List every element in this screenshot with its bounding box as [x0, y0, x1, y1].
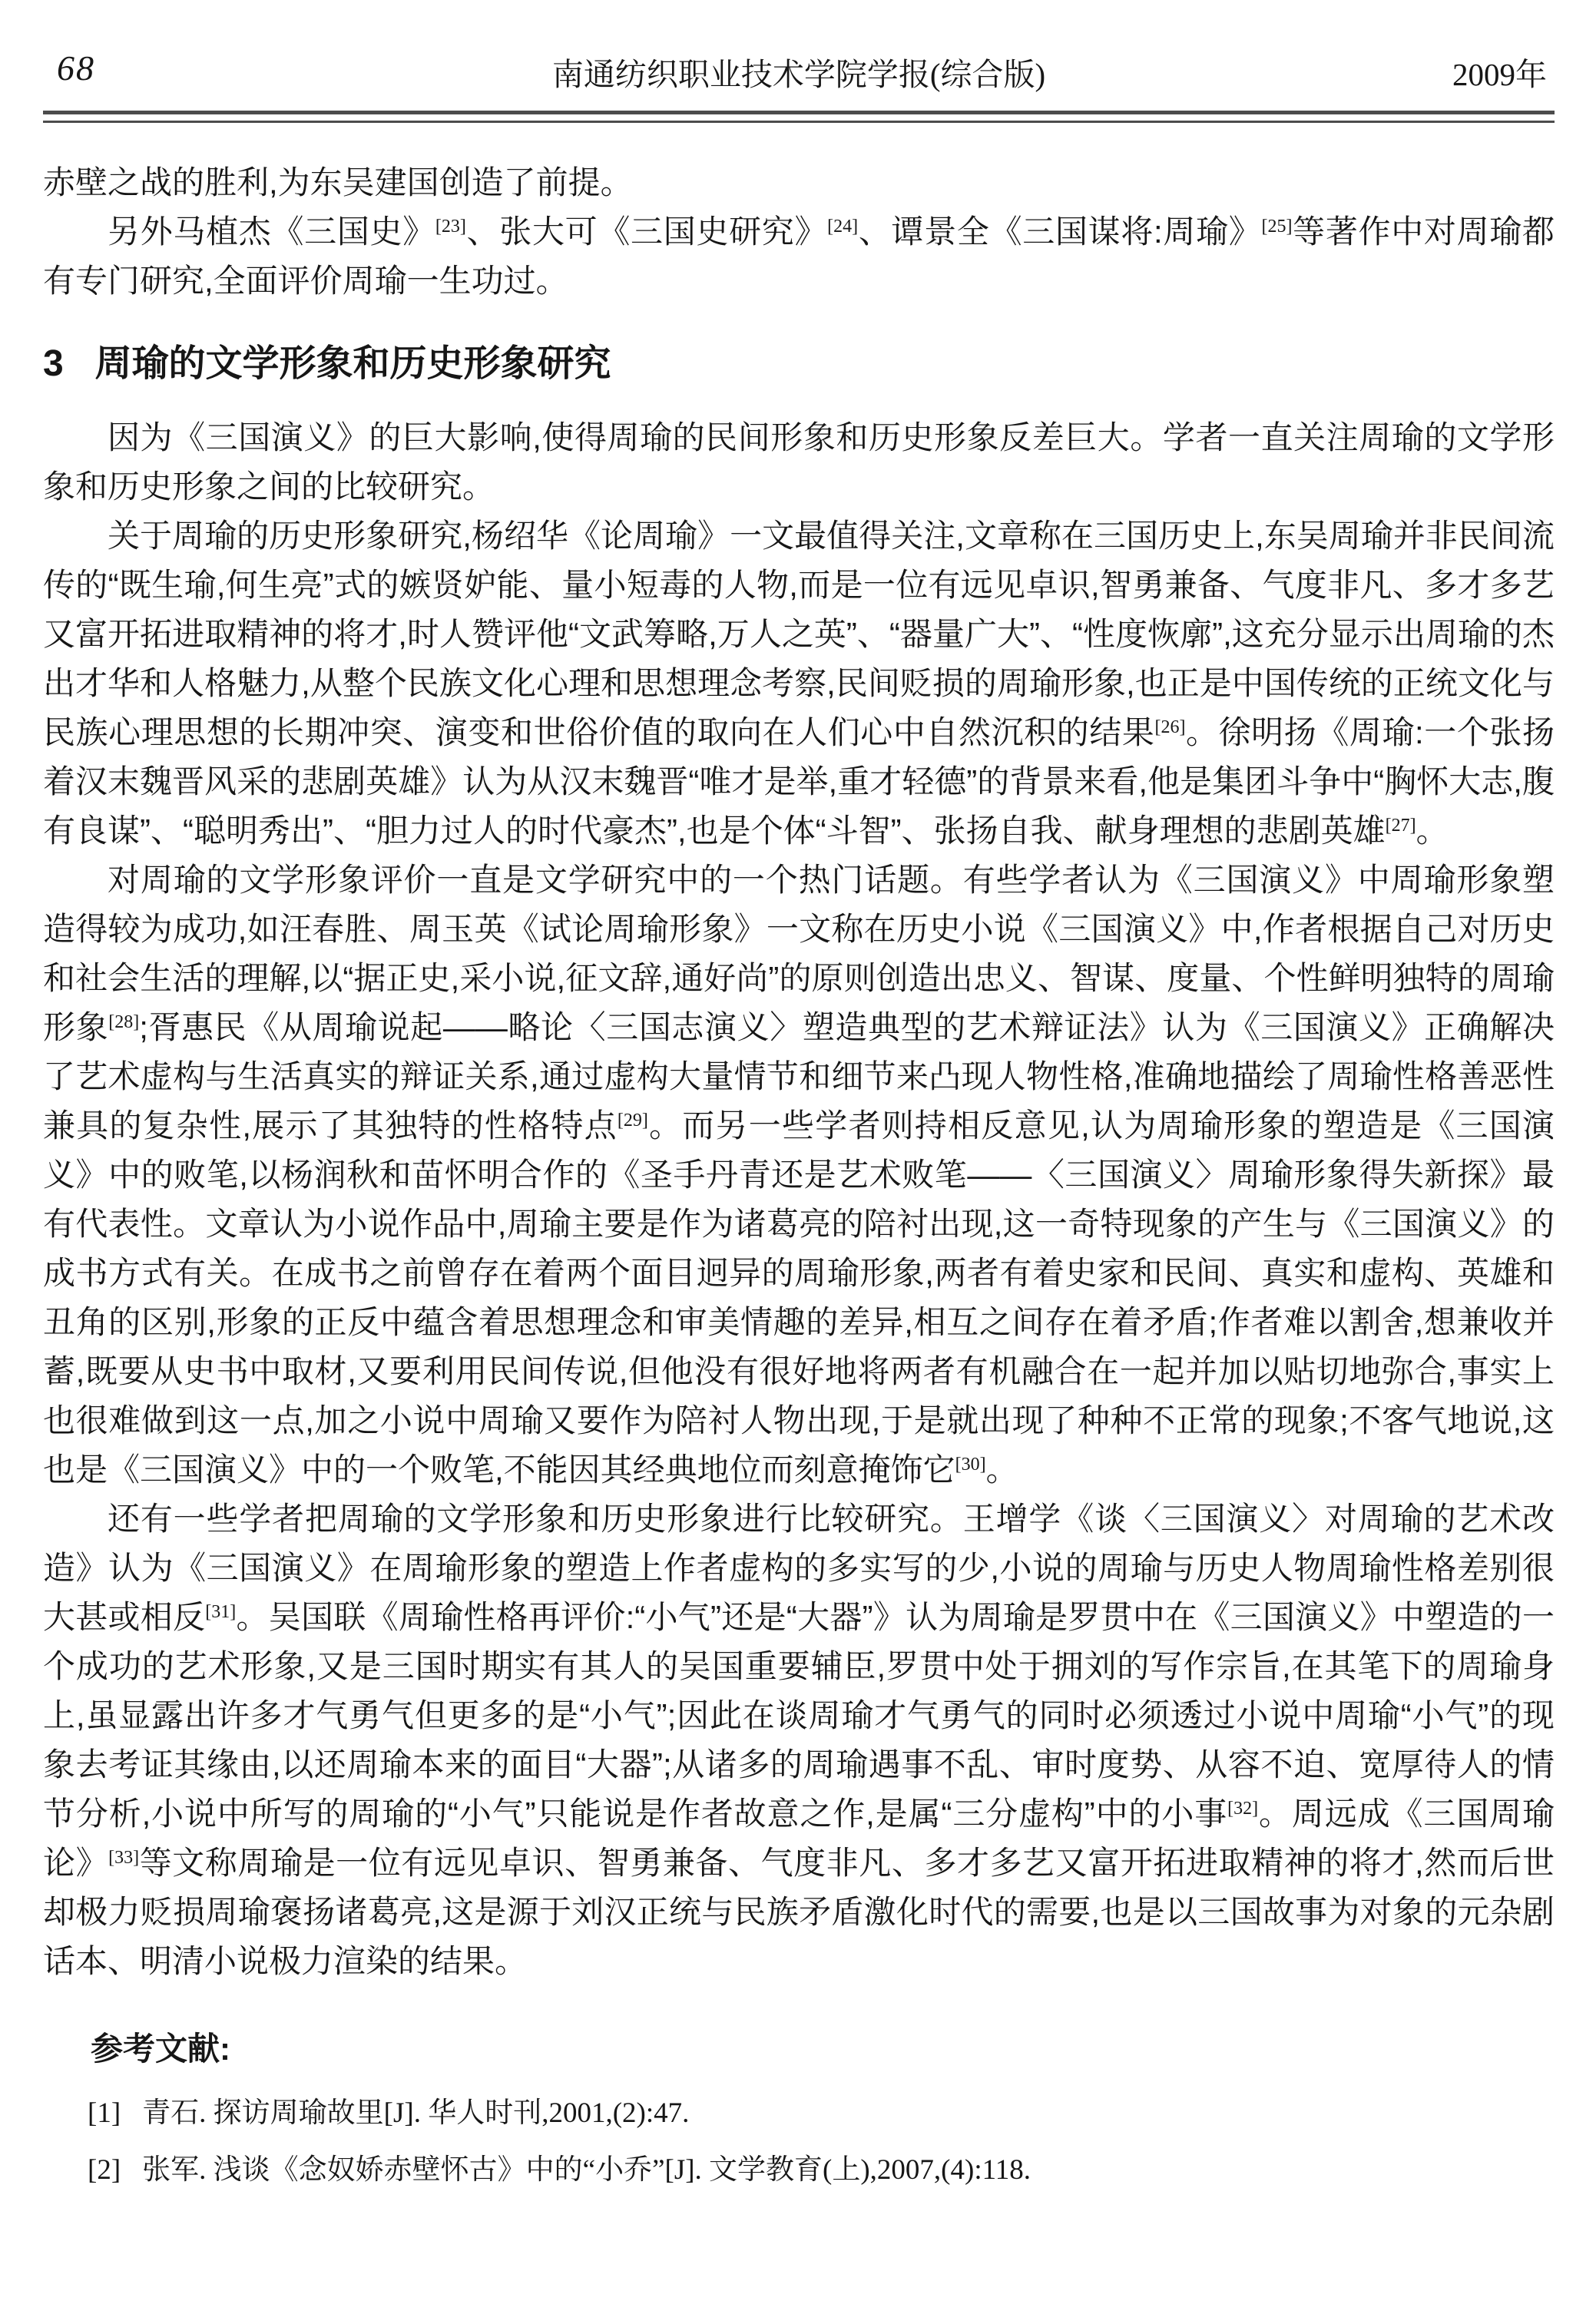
reference-text: 张军. 浅谈《念奴娇赤壁怀古》中的“小乔”[J]. 文学教育(上),2007,(… — [142, 2150, 1555, 2190]
citation-superscript: [29] — [618, 1111, 648, 1130]
section-title: 周瑜的文学形象和历史形象研究 — [95, 343, 611, 384]
reference-label: [1] — [88, 2094, 121, 2134]
publication-year: 2009年 — [1452, 49, 1547, 94]
paragraph-group-before-heading: 赤壁之战的胜利,为东吴建国创造了前提。另外马植杰《三国史》[23]、张大可《三国… — [43, 158, 1555, 306]
body-paragraph: 对周瑜的文学形象评价一直是文学研究中的一个热门话题。有些学者认为《三国演义》中周… — [43, 856, 1555, 1495]
page-header: 68 南通纺织职业技术学院学报(综合版) 2009年 — [43, 48, 1555, 92]
citation-superscript: [26] — [1154, 717, 1185, 737]
references-heading: 参考文献: — [91, 2024, 1555, 2074]
citation-superscript: [33] — [108, 1848, 139, 1868]
reference-item: [2]张军. 浅谈《念奴娇赤壁怀古》中的“小乔”[J]. 文学教育(上),200… — [88, 2150, 1555, 2190]
page-number: 68 — [57, 48, 95, 88]
citation-superscript: [28] — [108, 1012, 139, 1032]
section-heading: 3周瑜的文学形象和历史形象研究 — [43, 339, 1555, 389]
paragraph-group-after-heading: 因为《三国演义》的巨大影响,使得周瑜的民间形象和历史形象反差巨大。学者一直关注周… — [43, 413, 1555, 1986]
citation-superscript: [23] — [435, 217, 466, 237]
header-divider-rule — [43, 111, 1555, 123]
references-section: 参考文献: [1]青石. 探访周瑜故里[J]. 华人时刊,2001,(2):47… — [43, 2024, 1555, 2190]
reference-text: 青石. 探访周瑜故里[J]. 华人时刊,2001,(2):47. — [142, 2094, 1555, 2134]
references-list: [1]青石. 探访周瑜故里[J]. 华人时刊,2001,(2):47.[2]张军… — [43, 2094, 1555, 2190]
body-paragraph: 另外马植杰《三国史》[23]、张大可《三国史研究》[24]、谭景全《三国谋将:周… — [43, 207, 1555, 306]
body-paragraph: 赤壁之战的胜利,为东吴建国创造了前提。 — [43, 158, 1555, 207]
body-paragraph: 关于周瑜的历史形象研究,杨绍华《论周瑜》一文最值得关注,文章称在三国历史上,东吴… — [43, 511, 1555, 856]
reference-label: [2] — [88, 2150, 121, 2190]
citation-superscript: [25] — [1261, 217, 1292, 237]
section-number: 3 — [43, 343, 64, 384]
citation-superscript: [32] — [1227, 1799, 1258, 1819]
citation-superscript: [31] — [205, 1602, 236, 1622]
citation-superscript: [27] — [1386, 816, 1416, 836]
citation-superscript: [24] — [827, 217, 858, 237]
citation-superscript: [30] — [955, 1455, 986, 1475]
article-body: 赤壁之战的胜利,为东吴建国创造了前提。另外马植杰《三国史》[23]、张大可《三国… — [43, 158, 1555, 2190]
body-paragraph: 还有一些学者把周瑜的文学形象和历史形象进行比较研究。王增学《谈〈三国演义〉对周瑜… — [43, 1495, 1555, 1986]
reference-item: [1]青石. 探访周瑜故里[J]. 华人时刊,2001,(2):47. — [88, 2094, 1555, 2134]
journal-page: 68 南通纺织职业技术学院学报(综合版) 2009年 赤壁之战的胜利,为东吴建国… — [0, 0, 1596, 2304]
body-paragraph: 因为《三国演义》的巨大影响,使得周瑜的民间形象和历史形象反差巨大。学者一直关注周… — [43, 413, 1555, 511]
journal-title: 南通纺织职业技术学院学报(综合版) — [552, 49, 1045, 94]
